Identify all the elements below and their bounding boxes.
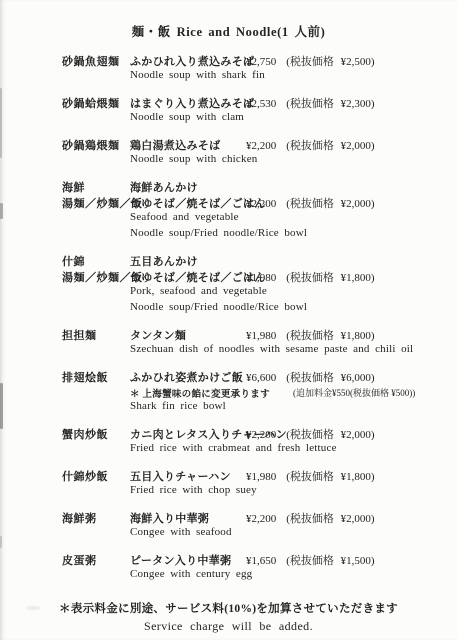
item-name-jp: ピータン入り中華粥 [130,552,231,568]
menu-item: 蟹肉炒飯カニ肉とレタス入りチャーハン¥2,200(税抜価格 ¥2,000)Fri… [0,426,457,458]
price-amount: ¥2,530 [246,98,276,110]
item-desc-en: Noodle soup/Fried noodle/Rice bowl [130,301,457,317]
page-title: 麺・飯 Rice and Noodle(1 人前) [0,0,457,40]
item-name-jp: 海鮮入り中華粥 [130,510,209,526]
price-tax-amount: (税抜価格 ¥2,500) [286,56,374,68]
item-name-cn: 什錦 [62,253,85,269]
item-price: ¥2,750(税抜価格 ¥2,500) [246,53,375,69]
item-name-cn: 担担麺 [62,327,97,343]
item-desc-en: Noodle soup with clam [130,111,457,127]
price-tax-amount: (税抜価格 ¥6,000) [286,372,374,384]
item-desc-en: Seafood and vegetable [130,211,457,227]
menu-line: 什錦五目あんかけ [0,253,457,269]
price-amount: ¥1,650 [246,555,276,567]
price-amount: ¥1,980 [246,471,276,483]
item-name-jp: ＊ 上海蟹味の餡に変更承ります [130,386,270,400]
item-price: ¥1,650(税抜価格 ¥1,500) [246,552,375,568]
menu-line: 排翅烩飯ふかひれ姿煮かけご飯¥6,600(税抜価格 ¥6,000) [0,369,457,385]
menu-line: 蟹肉炒飯カニ肉とレタス入りチャーハン¥2,200(税抜価格 ¥2,000) [0,426,457,442]
item-desc-en: Noodle soup with chicken [130,153,457,169]
item-name-cn: 砂鍋蛤煨麺 [62,95,120,111]
item-desc-en: Noodle soup with shark fin [130,69,457,85]
menu-line: 砂鍋魚翅麺ふかひれ入り煮込みそば¥2,750(税抜価格 ¥2,500) [0,53,457,69]
item-desc-en: Noodle soup/Fried noodle/Rice bowl [130,227,457,243]
item-name-jp: 海鮮あんかけ [130,179,198,195]
price-amount: ¥2,200 [246,140,276,152]
item-price: ¥6,600(税抜価格 ¥6,000) [246,369,375,385]
menu-line: 海鮮海鮮あんかけ [0,179,457,195]
item-name-jp: タンタン麺 [130,327,186,343]
price-amount: ¥1,980 [246,330,276,342]
price-tax-amount: (税抜価格 ¥2,000) [286,429,374,441]
item-name-cn: 砂鍋魚翅麺 [62,53,120,69]
item-desc-en: Fried rice with chop suey [130,484,457,500]
item-price: ¥2,200(税抜価格 ¥2,000) [246,195,375,211]
menu-line: 砂鍋蛤煨麺はまぐり入り煮込みそば¥2,530(税抜価格 ¥2,300) [0,95,457,111]
price-tax-amount: (税抜価格 ¥1,500) [286,555,374,567]
menu-line: 砂鍋鶏煨麺鶏白湯煮込みそば¥2,200(税抜価格 ¥2,000) [0,137,457,153]
price-tax-amount: (税抜価格 ¥1,800) [286,330,374,342]
item-name-cn: 砂鍋鶏煨麺 [62,137,120,153]
item-desc-en: Szechuan dish of noodles with sesame pas… [130,343,457,359]
item-name-cn: 海鮮 [62,179,85,195]
menu-item: 皮蛋粥ピータン入り中華粥¥1,650(税抜価格 ¥1,500)Congee wi… [0,552,457,584]
item-price: ¥2,200(税抜価格 ¥2,000) [246,137,375,153]
price-amount: ¥2,200 [246,429,276,441]
item-name-cn: 排翅烩飯 [62,369,108,385]
price-amount: ¥1,980 [246,272,276,284]
item-name-cn: 蟹肉炒飯 [62,426,108,442]
item-name-jp: ふかひれ姿煮かけご飯 [130,369,243,385]
item-name-jp: 鶏白湯煮込みそば [130,137,220,153]
item-name-jp: 五目あんかけ [130,253,198,269]
price-amount: ¥2,750 [246,56,276,68]
item-price: ¥1,980(税抜価格 ¥1,800) [246,468,375,484]
item-desc-en: Congee with century egg [130,568,457,584]
menu-item: 砂鍋魚翅麺ふかひれ入り煮込みそば¥2,750(税抜価格 ¥2,500)Noodl… [0,53,457,85]
price-tax-amount: (税抜価格 ¥2,000) [286,198,374,210]
footer: ＊表示料金に別途、サービス料(10%)を加算させていただきます Service … [0,600,457,634]
price-tax-amount: (税抜価格 ¥1,800) [286,272,374,284]
menu-item: 什錦五目あんかけ湯麺／炒麺／飯つゆそば／焼そば／ごはん¥1,980(税抜価格 ¥… [0,253,457,317]
item-price: ¥1,980(税抜価格 ¥1,800) [246,327,375,343]
menu-line: ＊ 上海蟹味の餡に変更承ります(追加料金¥550(税抜価格 ¥500)) [0,385,457,400]
menu-line: 海鮮粥海鮮入り中華粥¥2,200(税抜価格 ¥2,000) [0,510,457,526]
item-price: ¥1,980(税抜価格 ¥1,800) [246,269,375,285]
item-price: ¥2,200(税抜価格 ¥2,000) [246,510,375,526]
menu-item: 海鮮海鮮あんかけ湯麺／炒麺／飯つゆそば／焼そば／ごはん¥2,200(税抜価格 ¥… [0,179,457,243]
price-amount: ¥6,600 [246,372,276,384]
item-name-jp: 五目入りチャーハン [130,468,231,484]
service-charge-note-en: Service charge will be added. [0,619,457,634]
price-amount: ¥2,200 [246,513,276,525]
menu-item: 担担麺タンタン麺¥1,980(税抜価格 ¥1,800)Szechuan dish… [0,327,457,359]
item-name-cn: 什錦炒飯 [62,468,108,484]
price-tax-amount: (税抜価格 ¥2,000) [286,140,374,152]
scan-artifact [26,606,40,610]
menu-line: 担担麺タンタン麺¥1,980(税抜価格 ¥1,800) [0,327,457,343]
menu-line: 湯麺／炒麺／飯つゆそば／焼そば／ごはん¥2,200(税抜価格 ¥2,000) [0,195,457,211]
item-name-jp: ふかひれ入り煮込みそば [130,53,254,69]
menu-item: 砂鍋鶏煨麺鶏白湯煮込みそば¥2,200(税抜価格 ¥2,000)Noodle s… [0,137,457,169]
item-name-jp: はまぐり入り煮込みそば [130,95,254,111]
scan-artifact [0,536,2,548]
menu-line: 什錦炒飯五目入りチャーハン¥1,980(税抜価格 ¥1,800) [0,468,457,484]
price-tax-amount: (税抜価格 ¥2,000) [286,513,374,525]
price-amount: ¥2,200 [246,198,276,210]
price-tax-amount: (税抜価格 ¥2,300) [286,98,374,110]
price-surcharge-note: (追加料金¥550(税抜価格 ¥500)) [293,386,415,399]
item-price: ¥2,200(税抜価格 ¥2,000) [246,426,375,442]
menu-item: 什錦炒飯五目入りチャーハン¥1,980(税抜価格 ¥1,800)Fried ri… [0,468,457,500]
item-desc-en: Congee with seafood [130,526,457,542]
item-price: ¥2,530(税抜価格 ¥2,300) [246,95,375,111]
item-name-cn: 海鮮粥 [62,510,97,526]
item-desc-en: Pork, seafood and vegetable [130,285,457,301]
menu-line: 皮蛋粥ピータン入り中華粥¥1,650(税抜価格 ¥1,500) [0,552,457,568]
menu-item: 排翅烩飯ふかひれ姿煮かけご飯¥6,600(税抜価格 ¥6,000)＊ 上海蟹味の… [0,369,457,416]
menu-item: 海鮮粥海鮮入り中華粥¥2,200(税抜価格 ¥2,000)Congee with… [0,510,457,542]
item-desc-en: Shark fin rice bowl [130,400,457,416]
item-desc-en: Fried rice with crabmeat and fresh lettu… [130,442,457,458]
price-tax-amount: (税抜価格 ¥1,800) [286,471,374,483]
item-name-cn: 皮蛋粥 [62,552,97,568]
menu-line: 湯麺／炒麺／飯つゆそば／焼そば／ごはん¥1,980(税抜価格 ¥1,800) [0,269,457,285]
menu-item: 砂鍋蛤煨麺はまぐり入り煮込みそば¥2,530(税抜価格 ¥2,300)Noodl… [0,95,457,127]
service-charge-note-jp: ＊表示料金に別途、サービス料(10%)を加算させていただきます [0,600,457,616]
menu-items: 砂鍋魚翅麺ふかひれ入り煮込みそば¥2,750(税抜価格 ¥2,500)Noodl… [0,53,457,584]
menu-page: 麺・飯 Rice and Noodle(1 人前) 砂鍋魚翅麺ふかひれ入り煮込み… [0,0,457,640]
